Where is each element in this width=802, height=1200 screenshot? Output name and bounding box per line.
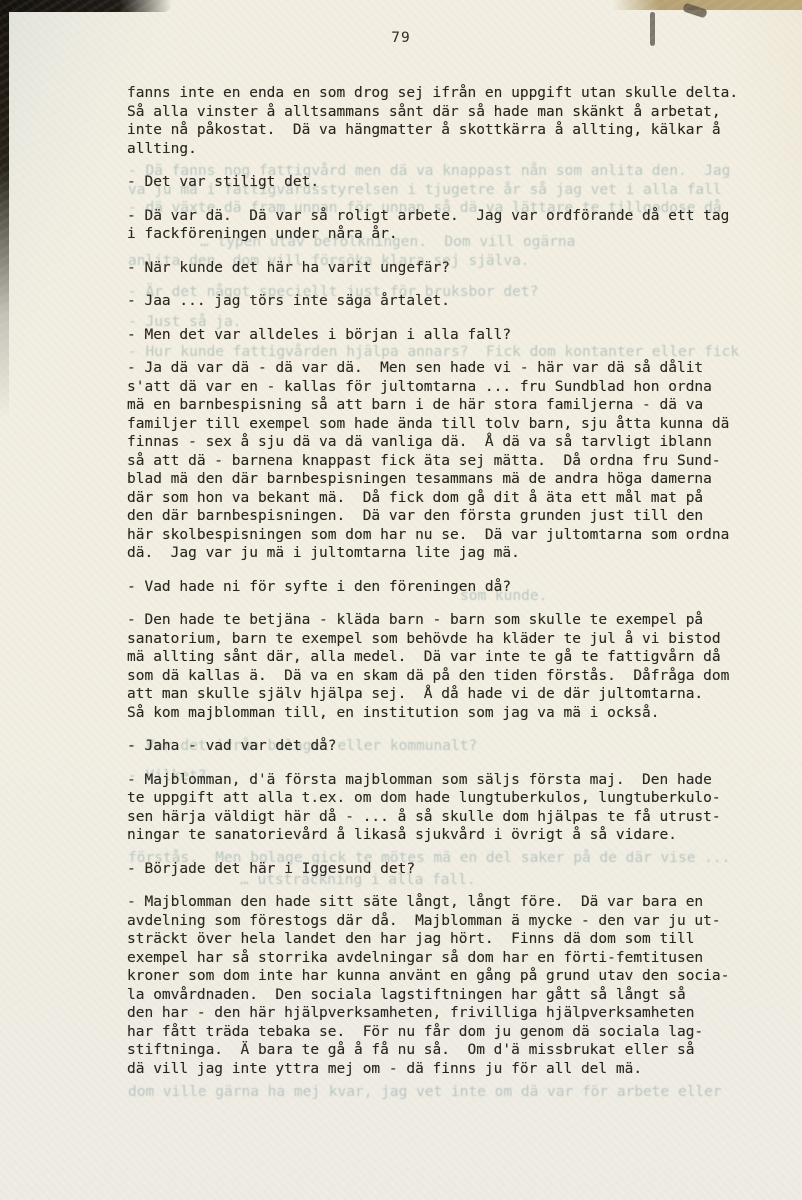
scan-edge-top-right [612, 0, 802, 10]
transcript: fanns inte en enda en som drog sej ifrån… [127, 84, 787, 1093]
paragraph: fanns inte en enda en som drog sej ifrån… [127, 84, 787, 158]
paragraph: - Vad hade ni för syfte i den föreningen… [127, 578, 787, 597]
document-page: - Dä fanns nog fattigvård men dä va knap… [0, 0, 802, 1200]
paragraph: - Började det här i Iggesund det? [127, 860, 787, 879]
paragraph: - Dä var dä. Dä var så roligt arbete. Ja… [127, 207, 787, 244]
paragraph: - Ja dä var dä - dä var dä. Men sen hade… [127, 359, 787, 563]
paragraph: - Majblomman, d'ä första majblomman som … [127, 771, 787, 845]
scan-edge-left [0, 0, 9, 420]
paragraph: - Men det var alldeles i början i alla f… [127, 326, 787, 345]
page-number: 79 [0, 30, 802, 46]
scan-edge-top-left [0, 0, 172, 12]
paragraph: - Det var stiligt det. [127, 173, 787, 192]
paragraph: - Den hade te betjäna - kläda barn - bar… [127, 611, 787, 722]
paragraph: - Jaa ... jag törs inte säga årtalet. [127, 292, 787, 311]
paragraph: - Majblomman den hade sitt säte långt, l… [127, 893, 787, 1078]
scan-smudge [650, 12, 655, 46]
paragraph: - Jaha - vad var det då? [127, 737, 787, 756]
paragraph: - När kunde det här ha varit ungefär? [127, 259, 787, 278]
